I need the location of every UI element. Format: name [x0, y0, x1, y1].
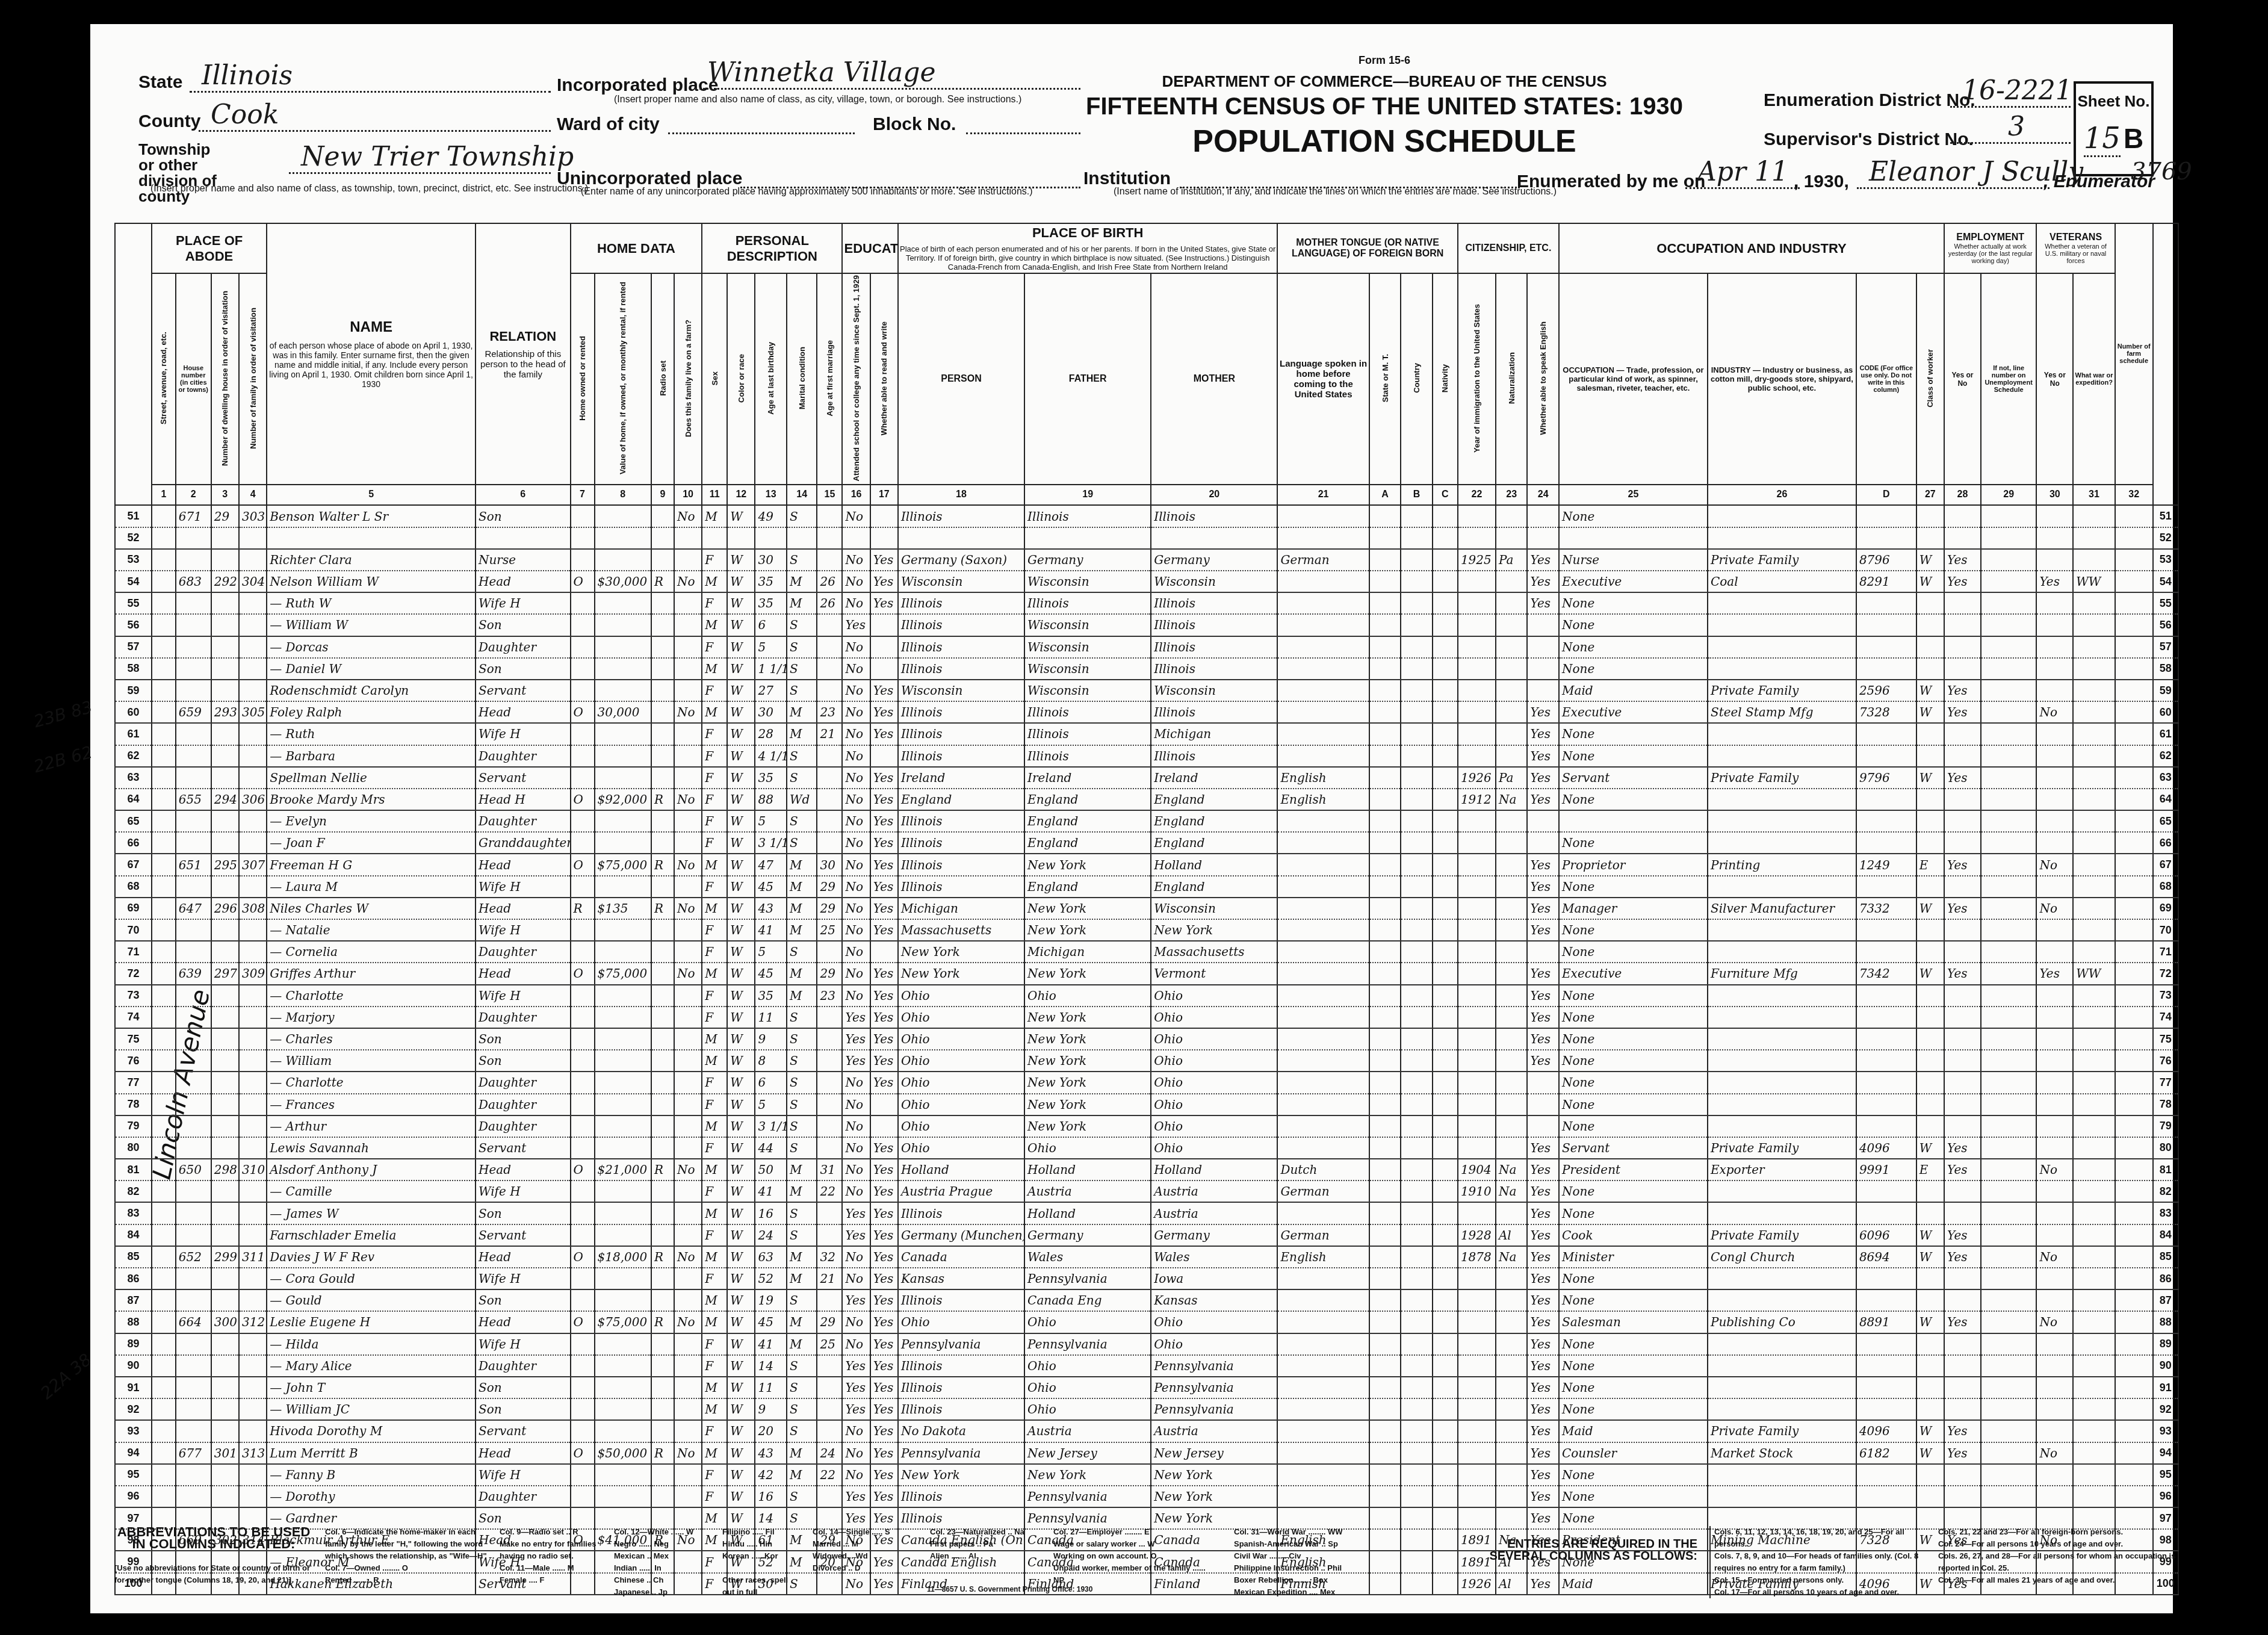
- margin-note-2: 22B 62: [31, 742, 94, 777]
- attended-school: No: [842, 1137, 870, 1159]
- unemployment-line: [1981, 1311, 2036, 1333]
- birthplace-person: Ohio: [898, 1311, 1024, 1333]
- code-a: [1369, 658, 1401, 680]
- relation: Son: [476, 1050, 571, 1072]
- at-work: [1944, 1028, 1981, 1050]
- occupation: None: [1559, 614, 1708, 636]
- farm-schedule-number: [2115, 832, 2153, 854]
- race: W: [727, 636, 755, 658]
- street-name: [152, 963, 176, 984]
- age-first-marriage: 21: [817, 723, 842, 745]
- read-write: Yes: [870, 1377, 898, 1398]
- person-name: — Daniel W: [267, 658, 476, 680]
- birthplace-mother: Massachusetts: [1151, 941, 1277, 963]
- occupation-code: [1856, 1050, 1916, 1072]
- line-number-right: 89: [2153, 1333, 2178, 1355]
- radio-set: [651, 919, 674, 941]
- immigration-year: [1458, 1464, 1496, 1486]
- read-write: Yes: [870, 1268, 898, 1289]
- code-b: [1401, 1180, 1433, 1202]
- attended-school: No: [842, 1311, 870, 1333]
- home-value: [595, 1007, 652, 1028]
- birthplace-father: Ohio: [1024, 985, 1151, 1007]
- person-name: Richter Clara: [267, 549, 476, 571]
- birthplace-mother: England: [1151, 810, 1277, 832]
- line-number-right: 72: [2153, 963, 2178, 984]
- attended-school: No: [842, 876, 870, 898]
- age-first-marriage: [817, 745, 842, 767]
- table-row: 87— GouldSonMW19SYesYesIllinoisCanada En…: [115, 1289, 2178, 1311]
- age: 5: [755, 941, 787, 963]
- read-write: [870, 614, 898, 636]
- class-of-worker: [1916, 723, 1944, 745]
- radio-set: [651, 592, 674, 614]
- age-first-marriage: [817, 658, 842, 680]
- street-name: [152, 1355, 176, 1377]
- street-name: [152, 1464, 176, 1486]
- home-owned: [571, 1202, 595, 1224]
- code-b: [1401, 789, 1433, 810]
- occupation-code: [1856, 1333, 1916, 1355]
- sex: M: [702, 505, 727, 527]
- age: 9: [755, 1028, 787, 1050]
- line-number-right: 80: [2153, 1137, 2178, 1159]
- naturalization: [1496, 1268, 1528, 1289]
- birthplace-mother: Iowa: [1151, 1268, 1277, 1289]
- mother-tongue: [1277, 527, 1369, 549]
- home-owned: [571, 1094, 595, 1115]
- colnum: 32: [2115, 485, 2153, 505]
- radio-set: [651, 658, 674, 680]
- radio-set: R: [651, 854, 674, 875]
- birthplace-person: Canada: [898, 1246, 1024, 1268]
- code-a: [1369, 1311, 1401, 1333]
- naturalization: [1496, 1028, 1528, 1050]
- table-row: 55— Ruth WWife HFW35M26NoYesIllinoisIlli…: [115, 592, 2178, 614]
- unemployment-line: [1981, 505, 2036, 527]
- marital-status: S: [787, 680, 817, 701]
- unemployment-line: [1981, 1050, 2036, 1072]
- code-c: [1433, 1007, 1458, 1028]
- industry: Steel Stamp Mfg: [1708, 701, 1856, 723]
- race: W: [727, 1333, 755, 1355]
- unemployment-line: [1981, 680, 2036, 701]
- colnum: 5: [267, 485, 476, 505]
- immigration-year: [1458, 1268, 1496, 1289]
- birthplace-mother: Ohio: [1151, 1028, 1277, 1050]
- war: [2073, 1377, 2115, 1398]
- house-number: [176, 832, 211, 854]
- street-name: [152, 1377, 176, 1398]
- birthplace-father: Illinois: [1024, 701, 1151, 723]
- race: W: [727, 919, 755, 941]
- house-number: [176, 1180, 211, 1202]
- birthplace-father: Ohio: [1024, 1377, 1151, 1398]
- class-of-worker: [1916, 527, 1944, 549]
- farm: No: [674, 1311, 702, 1333]
- family-number: [239, 527, 267, 549]
- occupation: Minister: [1559, 1246, 1708, 1268]
- naturalization: [1496, 832, 1528, 854]
- at-work: [1944, 745, 1981, 767]
- incorporated-value: Winnetka Village: [695, 57, 1080, 90]
- county-value: Cook: [199, 99, 551, 132]
- house-number: [176, 1355, 211, 1377]
- line-number-right: 58: [2153, 658, 2178, 680]
- birthplace-person: Ohio: [898, 1137, 1024, 1159]
- farm-schedule-number: [2115, 1224, 2153, 1246]
- right-line-header: [2153, 223, 2178, 505]
- group-personal: PERSONAL DESCRIPTION: [702, 223, 842, 273]
- naturalization: [1496, 985, 1528, 1007]
- home-owned: [571, 810, 595, 832]
- table-row: 95— Fanny BWife HFW42M22NoYesNew YorkNew…: [115, 1464, 2178, 1486]
- naturalization: [1496, 1137, 1528, 1159]
- family-number: [239, 1268, 267, 1289]
- farm: [674, 1289, 702, 1311]
- farm: No: [674, 963, 702, 984]
- naturalization: Na: [1496, 1180, 1528, 1202]
- war: [2073, 1246, 2115, 1268]
- mother-tongue: [1277, 941, 1369, 963]
- age: 42: [755, 1464, 787, 1486]
- group-abode: PLACE OF ABODE: [152, 223, 267, 273]
- street-name: [152, 1420, 176, 1442]
- naturalization: [1496, 1115, 1528, 1137]
- col-code-b: Country: [1401, 273, 1433, 485]
- farm-schedule-number: [2115, 571, 2153, 592]
- class-of-worker: [1916, 1007, 1944, 1028]
- code-b: [1401, 1094, 1433, 1115]
- col-language: Language spoken in home before coming to…: [1277, 273, 1369, 485]
- speaks-english: [1527, 658, 1559, 680]
- family-number: 304: [239, 571, 267, 592]
- dwelling-number: [211, 1180, 239, 1202]
- home-owned: [571, 876, 595, 898]
- farm: [674, 876, 702, 898]
- dwelling-number: [211, 1137, 239, 1159]
- birthplace-father: New Jersey: [1024, 1442, 1151, 1464]
- occupation-code: [1856, 876, 1916, 898]
- occupation: None: [1559, 832, 1708, 854]
- war: [2073, 1333, 2115, 1355]
- line-number-right: 54: [2153, 571, 2178, 592]
- table-row: 67651295307Freeman H GHeadO$75,000RNoMW4…: [115, 854, 2178, 875]
- speaks-english: Yes: [1527, 1159, 1559, 1180]
- birthplace-person: Kansas: [898, 1268, 1024, 1289]
- race: W: [727, 1420, 755, 1442]
- printer-line: 11—8657 U. S. Government Printing Office…: [927, 1583, 1092, 1595]
- line-number: 94: [115, 1442, 152, 1464]
- industry: [1708, 592, 1856, 614]
- radio-set: [651, 963, 674, 984]
- sex: F: [702, 1268, 727, 1289]
- person-name: Freeman H G: [267, 854, 476, 875]
- occupation-code: 8891: [1856, 1311, 1916, 1333]
- code-a: [1369, 549, 1401, 571]
- birthplace-father: Germany: [1024, 549, 1151, 571]
- code-b: [1401, 767, 1433, 789]
- race: W: [727, 767, 755, 789]
- farm-schedule-number: [2115, 876, 2153, 898]
- birthplace-person: Illinois: [898, 614, 1024, 636]
- industry: [1708, 1464, 1856, 1486]
- class-of-worker: [1916, 1072, 1944, 1093]
- birthplace-father: Germany: [1024, 1224, 1151, 1246]
- war: [2073, 1442, 2115, 1464]
- dwelling-number: [211, 1028, 239, 1050]
- dwelling-number: [211, 723, 239, 745]
- farm: No: [674, 898, 702, 919]
- veteran: [2036, 549, 2073, 571]
- code-a: [1369, 527, 1401, 549]
- sex: F: [702, 985, 727, 1007]
- sex: M: [702, 1246, 727, 1268]
- farm-schedule-number: [2115, 745, 2153, 767]
- code-b: [1401, 527, 1433, 549]
- code-a: [1369, 985, 1401, 1007]
- at-work: Yes: [1944, 1159, 1981, 1180]
- colnum: 30: [2036, 485, 2073, 505]
- home-value: $30,000: [595, 571, 652, 592]
- code-b: [1401, 1333, 1433, 1355]
- attended-school: [842, 527, 870, 549]
- read-write: Yes: [870, 1398, 898, 1420]
- mother-tongue: Dutch: [1277, 1159, 1369, 1180]
- code-b: [1401, 549, 1433, 571]
- family-number: [239, 1377, 267, 1398]
- farm-schedule-number: [2115, 1442, 2153, 1464]
- home-owned: [571, 919, 595, 941]
- table-row: 71— CorneliaDaughterFW5SNoNew YorkMichig…: [115, 941, 2178, 963]
- colnum: B: [1401, 485, 1433, 505]
- home-owned: [571, 1268, 595, 1289]
- code-a: [1369, 898, 1401, 919]
- farm-schedule-number: [2115, 1007, 2153, 1028]
- speaks-english: [1527, 527, 1559, 549]
- sex: M: [702, 1442, 727, 1464]
- house-number: [176, 1333, 211, 1355]
- radio-set: R: [651, 898, 674, 919]
- relation: Servant: [476, 767, 571, 789]
- war: [2073, 789, 2115, 810]
- code-b: [1401, 810, 1433, 832]
- occupation: Executive: [1559, 701, 1708, 723]
- dwelling-number: [211, 767, 239, 789]
- dwelling-number: [211, 1355, 239, 1377]
- age: 52: [755, 1268, 787, 1289]
- street-name: [152, 1311, 176, 1333]
- age-first-marriage: [817, 1289, 842, 1311]
- code-a: [1369, 1137, 1401, 1159]
- industry: Silver Manufacturer: [1708, 898, 1856, 919]
- race: W: [727, 941, 755, 963]
- table-row: 62— BarbaraDaughterFW4 1/12SNoIllinoisIl…: [115, 745, 2178, 767]
- code-a: [1369, 592, 1401, 614]
- line-number-right: 74: [2153, 1007, 2178, 1028]
- house-number: [176, 1398, 211, 1420]
- mother-tongue: [1277, 898, 1369, 919]
- farm-schedule-number: [2115, 658, 2153, 680]
- unemployment-line: [1981, 1486, 2036, 1507]
- line-number-right: 87: [2153, 1289, 2178, 1311]
- industry: [1708, 1202, 1856, 1224]
- attended-school: Yes: [842, 1398, 870, 1420]
- birthplace-mother: Illinois: [1151, 592, 1277, 614]
- farm: No: [674, 571, 702, 592]
- birthplace-father: Wisconsin: [1024, 680, 1151, 701]
- family-number: [239, 919, 267, 941]
- line-number: 69: [115, 898, 152, 919]
- radio-set: [651, 1464, 674, 1486]
- farm: [674, 1202, 702, 1224]
- family-number: [239, 1007, 267, 1028]
- marital-status: M: [787, 1311, 817, 1333]
- code-c: [1433, 1289, 1458, 1311]
- code-c: [1433, 1377, 1458, 1398]
- unemployment-line: [1981, 527, 2036, 549]
- house-number: 671: [176, 505, 211, 527]
- unemployment-line: [1981, 1333, 2036, 1355]
- race: W: [727, 1442, 755, 1464]
- col-value: Value of home, if owned, or monthly rent…: [595, 273, 652, 485]
- unemployment-line: [1981, 1420, 2036, 1442]
- mother-tongue: [1277, 701, 1369, 723]
- family-number: [239, 876, 267, 898]
- birthplace-mother: Austria: [1151, 1420, 1277, 1442]
- mother-tongue: [1277, 1289, 1369, 1311]
- relation: Daughter: [476, 1355, 571, 1377]
- family-number: [239, 1137, 267, 1159]
- class-of-worker: W: [1916, 701, 1944, 723]
- line-number-right: 55: [2153, 592, 2178, 614]
- age-first-marriage: [817, 1420, 842, 1442]
- sex: F: [702, 1486, 727, 1507]
- birthplace-person: Ohio: [898, 1072, 1024, 1093]
- abbr-title: ABBREVIATIONS TO BE USED IN COLUMNS INDI…: [114, 1526, 313, 1550]
- code-a: [1369, 1268, 1401, 1289]
- table-row: 59Rodenschmidt CarolynServantFW27SNoYesW…: [115, 680, 2178, 701]
- person-name: [267, 527, 476, 549]
- code-c: [1433, 592, 1458, 614]
- race: W: [727, 1180, 755, 1202]
- person-name: Leslie Eugene H: [267, 1311, 476, 1333]
- attended-school: No: [842, 592, 870, 614]
- war: [2073, 745, 2115, 767]
- farm-schedule-number: [2115, 1115, 2153, 1137]
- read-write: Yes: [870, 1050, 898, 1072]
- birthplace-person: Illinois: [898, 592, 1024, 614]
- birthplace-mother: Ireland: [1151, 767, 1277, 789]
- street-name: [152, 680, 176, 701]
- home-value: [595, 1115, 652, 1137]
- mother-tongue: [1277, 592, 1369, 614]
- marital-status: M: [787, 985, 817, 1007]
- farm-schedule-number: [2115, 919, 2153, 941]
- class-of-worker: W: [1916, 1137, 1944, 1159]
- immigration-year: [1458, 941, 1496, 963]
- age-first-marriage: [817, 1377, 842, 1398]
- farm: [674, 1398, 702, 1420]
- line-number: 81: [115, 1159, 152, 1180]
- at-work: Yes: [1944, 1420, 1981, 1442]
- sex: F: [702, 549, 727, 571]
- age: 20: [755, 1420, 787, 1442]
- mother-tongue: [1277, 680, 1369, 701]
- home-value: [595, 941, 652, 963]
- farm: No: [674, 1442, 702, 1464]
- age-first-marriage: [817, 1137, 842, 1159]
- person-name: — Ruth: [267, 723, 476, 745]
- occupation: None: [1559, 941, 1708, 963]
- township-value: New Trier Township: [289, 141, 551, 174]
- war: [2073, 898, 2115, 919]
- street-name: [152, 1028, 176, 1050]
- at-work: [1944, 1486, 1981, 1507]
- home-owned: [571, 527, 595, 549]
- house-number: [176, 1028, 211, 1050]
- speaks-english: Yes: [1527, 1028, 1559, 1050]
- at-work: [1944, 1115, 1981, 1137]
- attended-school: No: [842, 963, 870, 984]
- col-naturalization: Naturalization: [1496, 273, 1528, 485]
- industry: [1708, 723, 1856, 745]
- veteran: [2036, 1333, 2073, 1355]
- industry: [1708, 1333, 1856, 1355]
- marital-status: S: [787, 614, 817, 636]
- mother-tongue: English: [1277, 1246, 1369, 1268]
- state-label: State: [138, 72, 182, 93]
- group-name: NAMEof each person whose place of abode …: [267, 223, 476, 485]
- family-number: 307: [239, 854, 267, 875]
- class-of-worker: [1916, 1464, 1944, 1486]
- home-value: $75,000: [595, 1311, 652, 1333]
- attended-school: No: [842, 1072, 870, 1093]
- farm: [674, 1115, 702, 1137]
- industry: Printing: [1708, 854, 1856, 875]
- farm-schedule-number: [2115, 680, 2153, 701]
- occupation: None: [1559, 723, 1708, 745]
- race: W: [727, 1289, 755, 1311]
- family-number: 313: [239, 1442, 267, 1464]
- table-row: 76— WilliamSonMW8SYesYesOhioNew YorkOhio…: [115, 1050, 2178, 1072]
- attended-school: Yes: [842, 1355, 870, 1377]
- street-name: [152, 810, 176, 832]
- code-b: [1401, 1028, 1433, 1050]
- radio-set: R: [651, 1246, 674, 1268]
- naturalization: [1496, 1464, 1528, 1486]
- age: 63: [755, 1246, 787, 1268]
- relation: Head: [476, 1311, 571, 1333]
- occupation-code: [1856, 1355, 1916, 1377]
- street-name: [152, 527, 176, 549]
- street-name: [152, 1050, 176, 1072]
- table-row: 72639297309Griffes ArthurHeadO$75,000NoM…: [115, 963, 2178, 984]
- birthplace-father: Illinois: [1024, 745, 1151, 767]
- occupation: None: [1559, 1007, 1708, 1028]
- race: W: [727, 963, 755, 984]
- mother-tongue: [1277, 985, 1369, 1007]
- home-owned: O: [571, 789, 595, 810]
- person-name: Nelson William W: [267, 571, 476, 592]
- unemployment-line: [1981, 919, 2036, 941]
- sex: M: [702, 854, 727, 875]
- table-row: 68— Laura MWife HFW45M29NoYesIllinoisEng…: [115, 876, 2178, 898]
- immigration-year: [1458, 1377, 1496, 1398]
- code-b: [1401, 723, 1433, 745]
- colnum: 11: [702, 485, 727, 505]
- farm: [674, 1072, 702, 1093]
